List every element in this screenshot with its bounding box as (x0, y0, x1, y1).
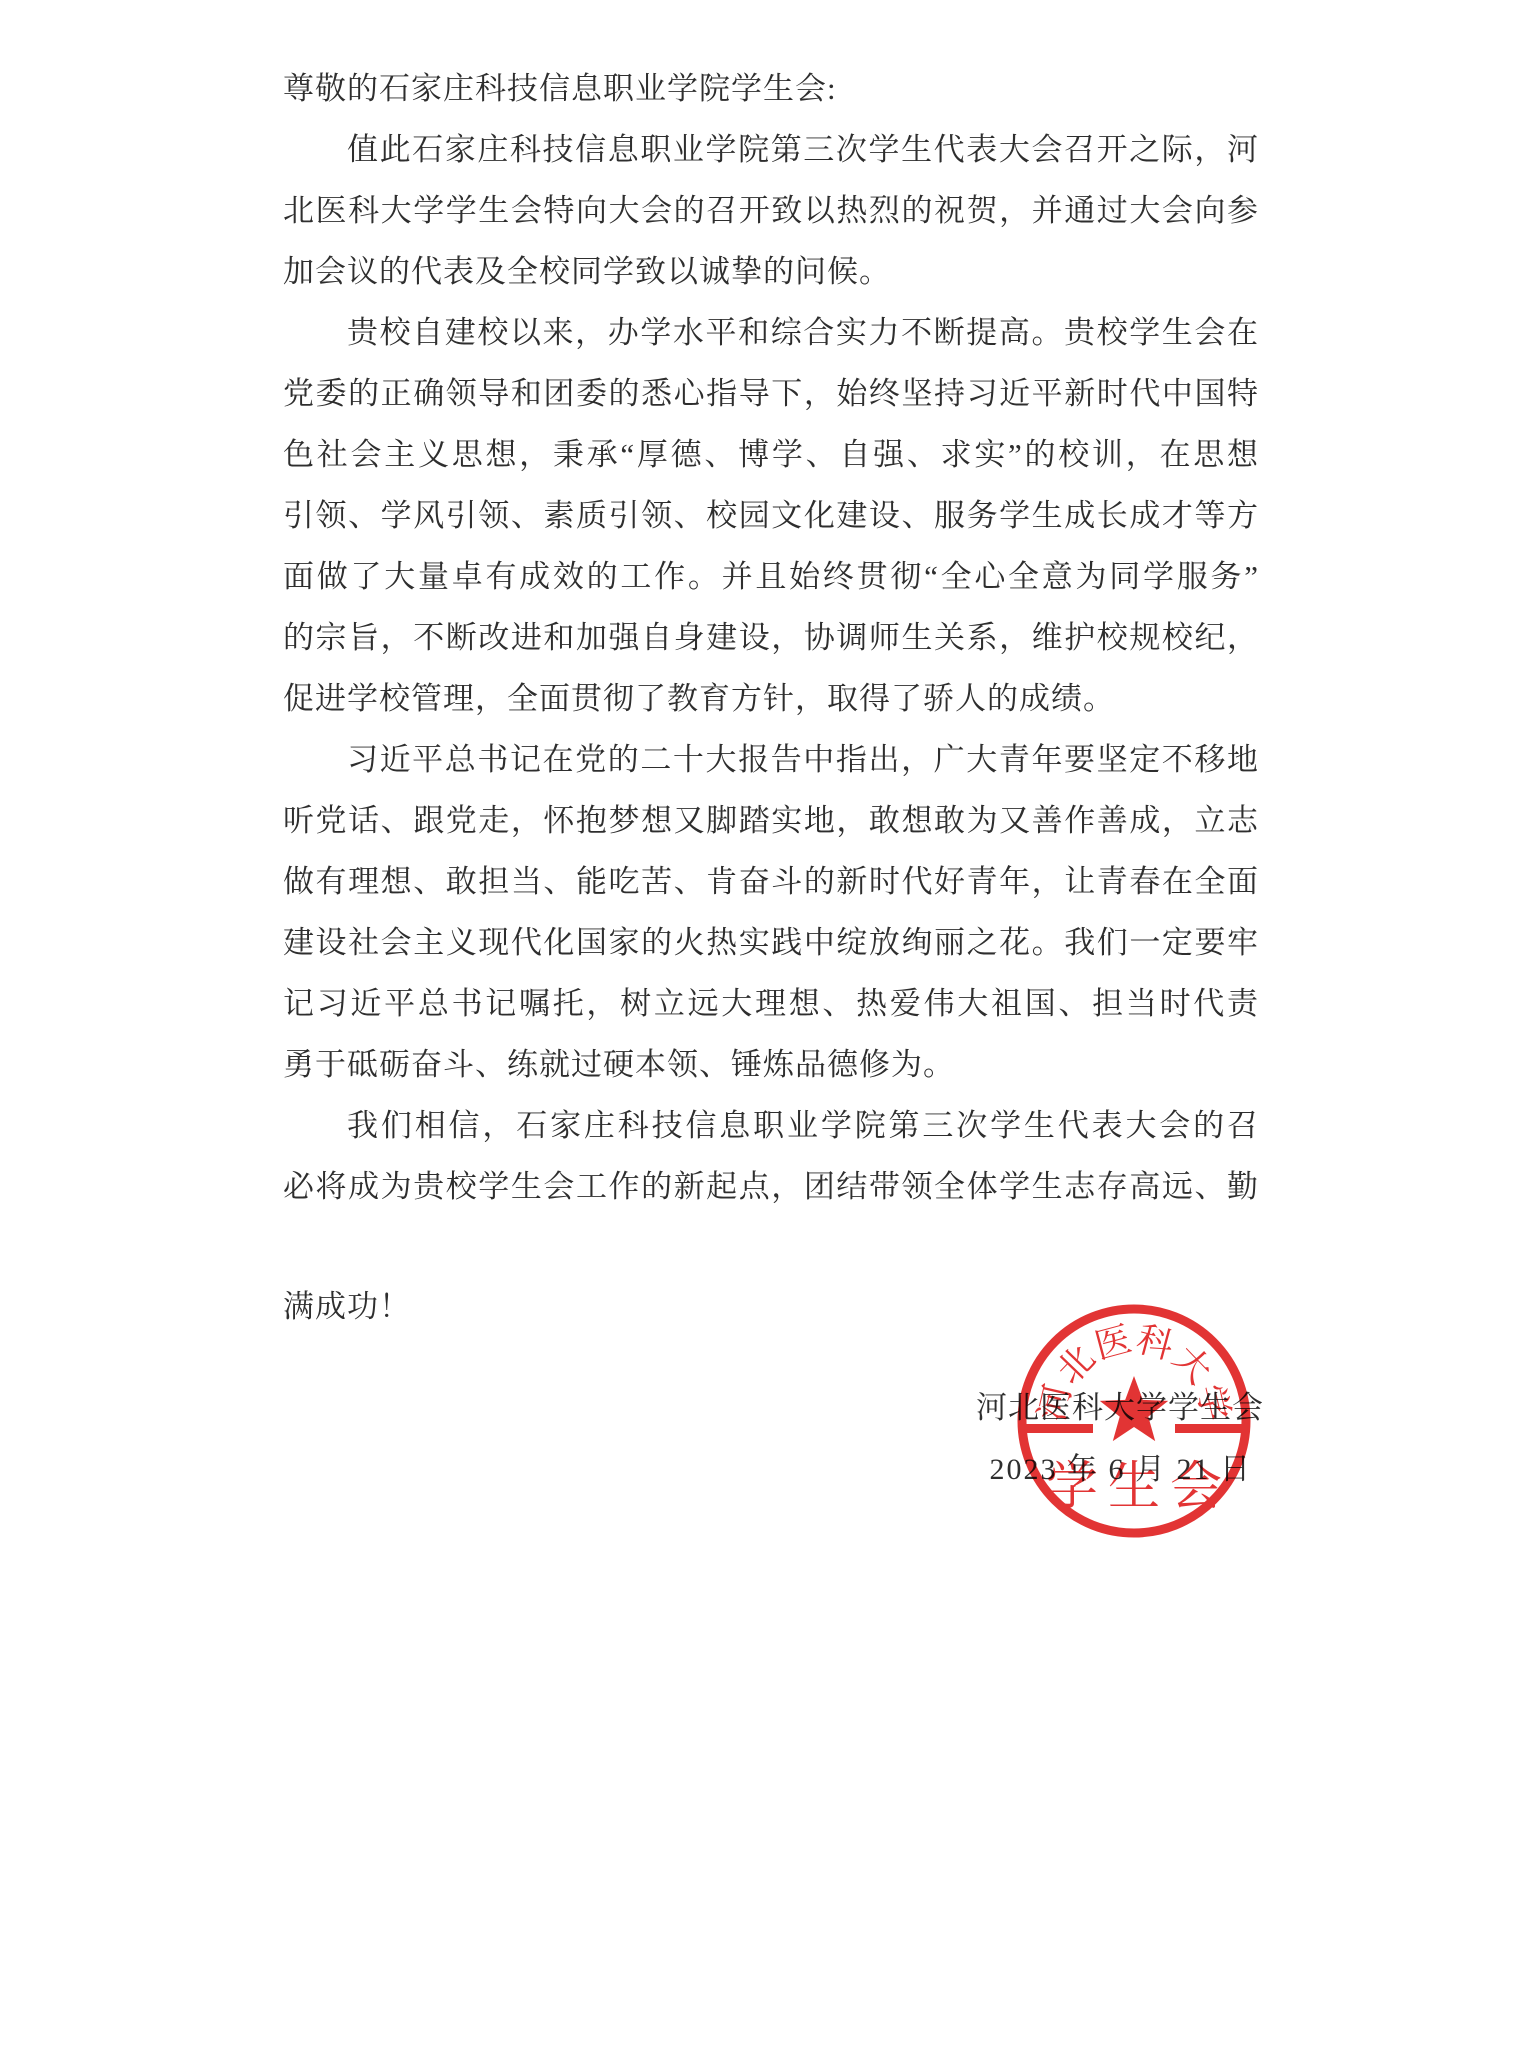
seal-bottom-text: 学生会 (1046, 1459, 1232, 1516)
letter-line: 做有理想、敢担当、能吃苦、肯奋斗的新时代好青年，让青春在全面 (283, 851, 1259, 912)
letter-salutation: 尊敬的石家庄科技信息职业学院学生会: (283, 58, 1259, 119)
svg-text:医: 医 (1090, 1319, 1135, 1367)
seal-bar-left (1025, 1424, 1093, 1433)
seal-bar-right (1175, 1424, 1243, 1433)
letter-line: 引领、学风引领、素质引领、校园文化建设、服务学生成长成才等方 (283, 485, 1259, 546)
letter-line: 习近平总书记在党的二十大报告中指出，广大青年要坚定不移地 (283, 729, 1259, 790)
official-seal: 河 北 医 科 大 学 学生会 (1005, 1300, 1263, 1544)
svg-text:学: 学 (1189, 1381, 1236, 1425)
svg-text:河: 河 (1032, 1381, 1079, 1425)
letter-line: 北医科大学学生会特向大会的召开致以热烈的祝贺，并通过大会向参 (283, 180, 1259, 241)
letter-line: 值此石家庄科技信息职业学院第三次学生代表大会召开之际，河 (283, 119, 1259, 180)
letter-line: 记习近平总书记嘱托，树立远大理想、热爱伟大祖国、担当时代责任、 (283, 973, 1259, 1034)
letter-line: 听党话、跟党走，怀抱梦想又脚踏实地，敢想敢为又善作善成，立志 (283, 790, 1259, 851)
red-star-icon (1100, 1376, 1168, 1441)
letter-page: { "letter": { "lines": [ {"text": "尊敬的石家… (0, 0, 1536, 2048)
letter-line: 必将成为贵校学生会工作的新起点，团结带领全体学生志存高远、勤 (283, 1156, 1259, 1217)
letter-line: 我们相信，石家庄科技信息职业学院第三次学生代表大会的召开， (283, 1095, 1259, 1156)
letter-line: 色社会主义思想，秉承“厚德、博学、自强、求实”的校训，在思想 (283, 424, 1259, 485)
letter-line: 建设社会主义现代化国家的火热实践中绽放绚丽之花。我们一定要牢 (283, 912, 1259, 973)
letter-line: 加会议的代表及全校同学致以诚挚的问候。 (283, 241, 1259, 302)
letter-line: 的宗旨，不断改进和加强自身建设，协调师生关系，维护校规校纪， (283, 607, 1259, 668)
letter-line: 促进学校管理，全面贯彻了教育方针，取得了骄人的成绩。 (283, 668, 1259, 729)
letter-line: 贵校自建校以来，办学水平和综合实力不断提高。贵校学生会在 (283, 302, 1259, 363)
letter-line: 勇于砥砺奋斗、练就过硬本领、锤炼品德修为。 (283, 1034, 1259, 1095)
letter-line: 党委的正确领导和团委的悉心指导下，始终坚持习近平新时代中国特 (283, 363, 1259, 424)
letter-line: 面做了大量卓有成效的工作。并且始终贯彻“全心全意为同学服务” (283, 546, 1259, 607)
letter-body: 尊敬的石家庄科技信息职业学院学生会: 值此石家庄科技信息职业学院第三次学生代表大… (283, 58, 1259, 1337)
